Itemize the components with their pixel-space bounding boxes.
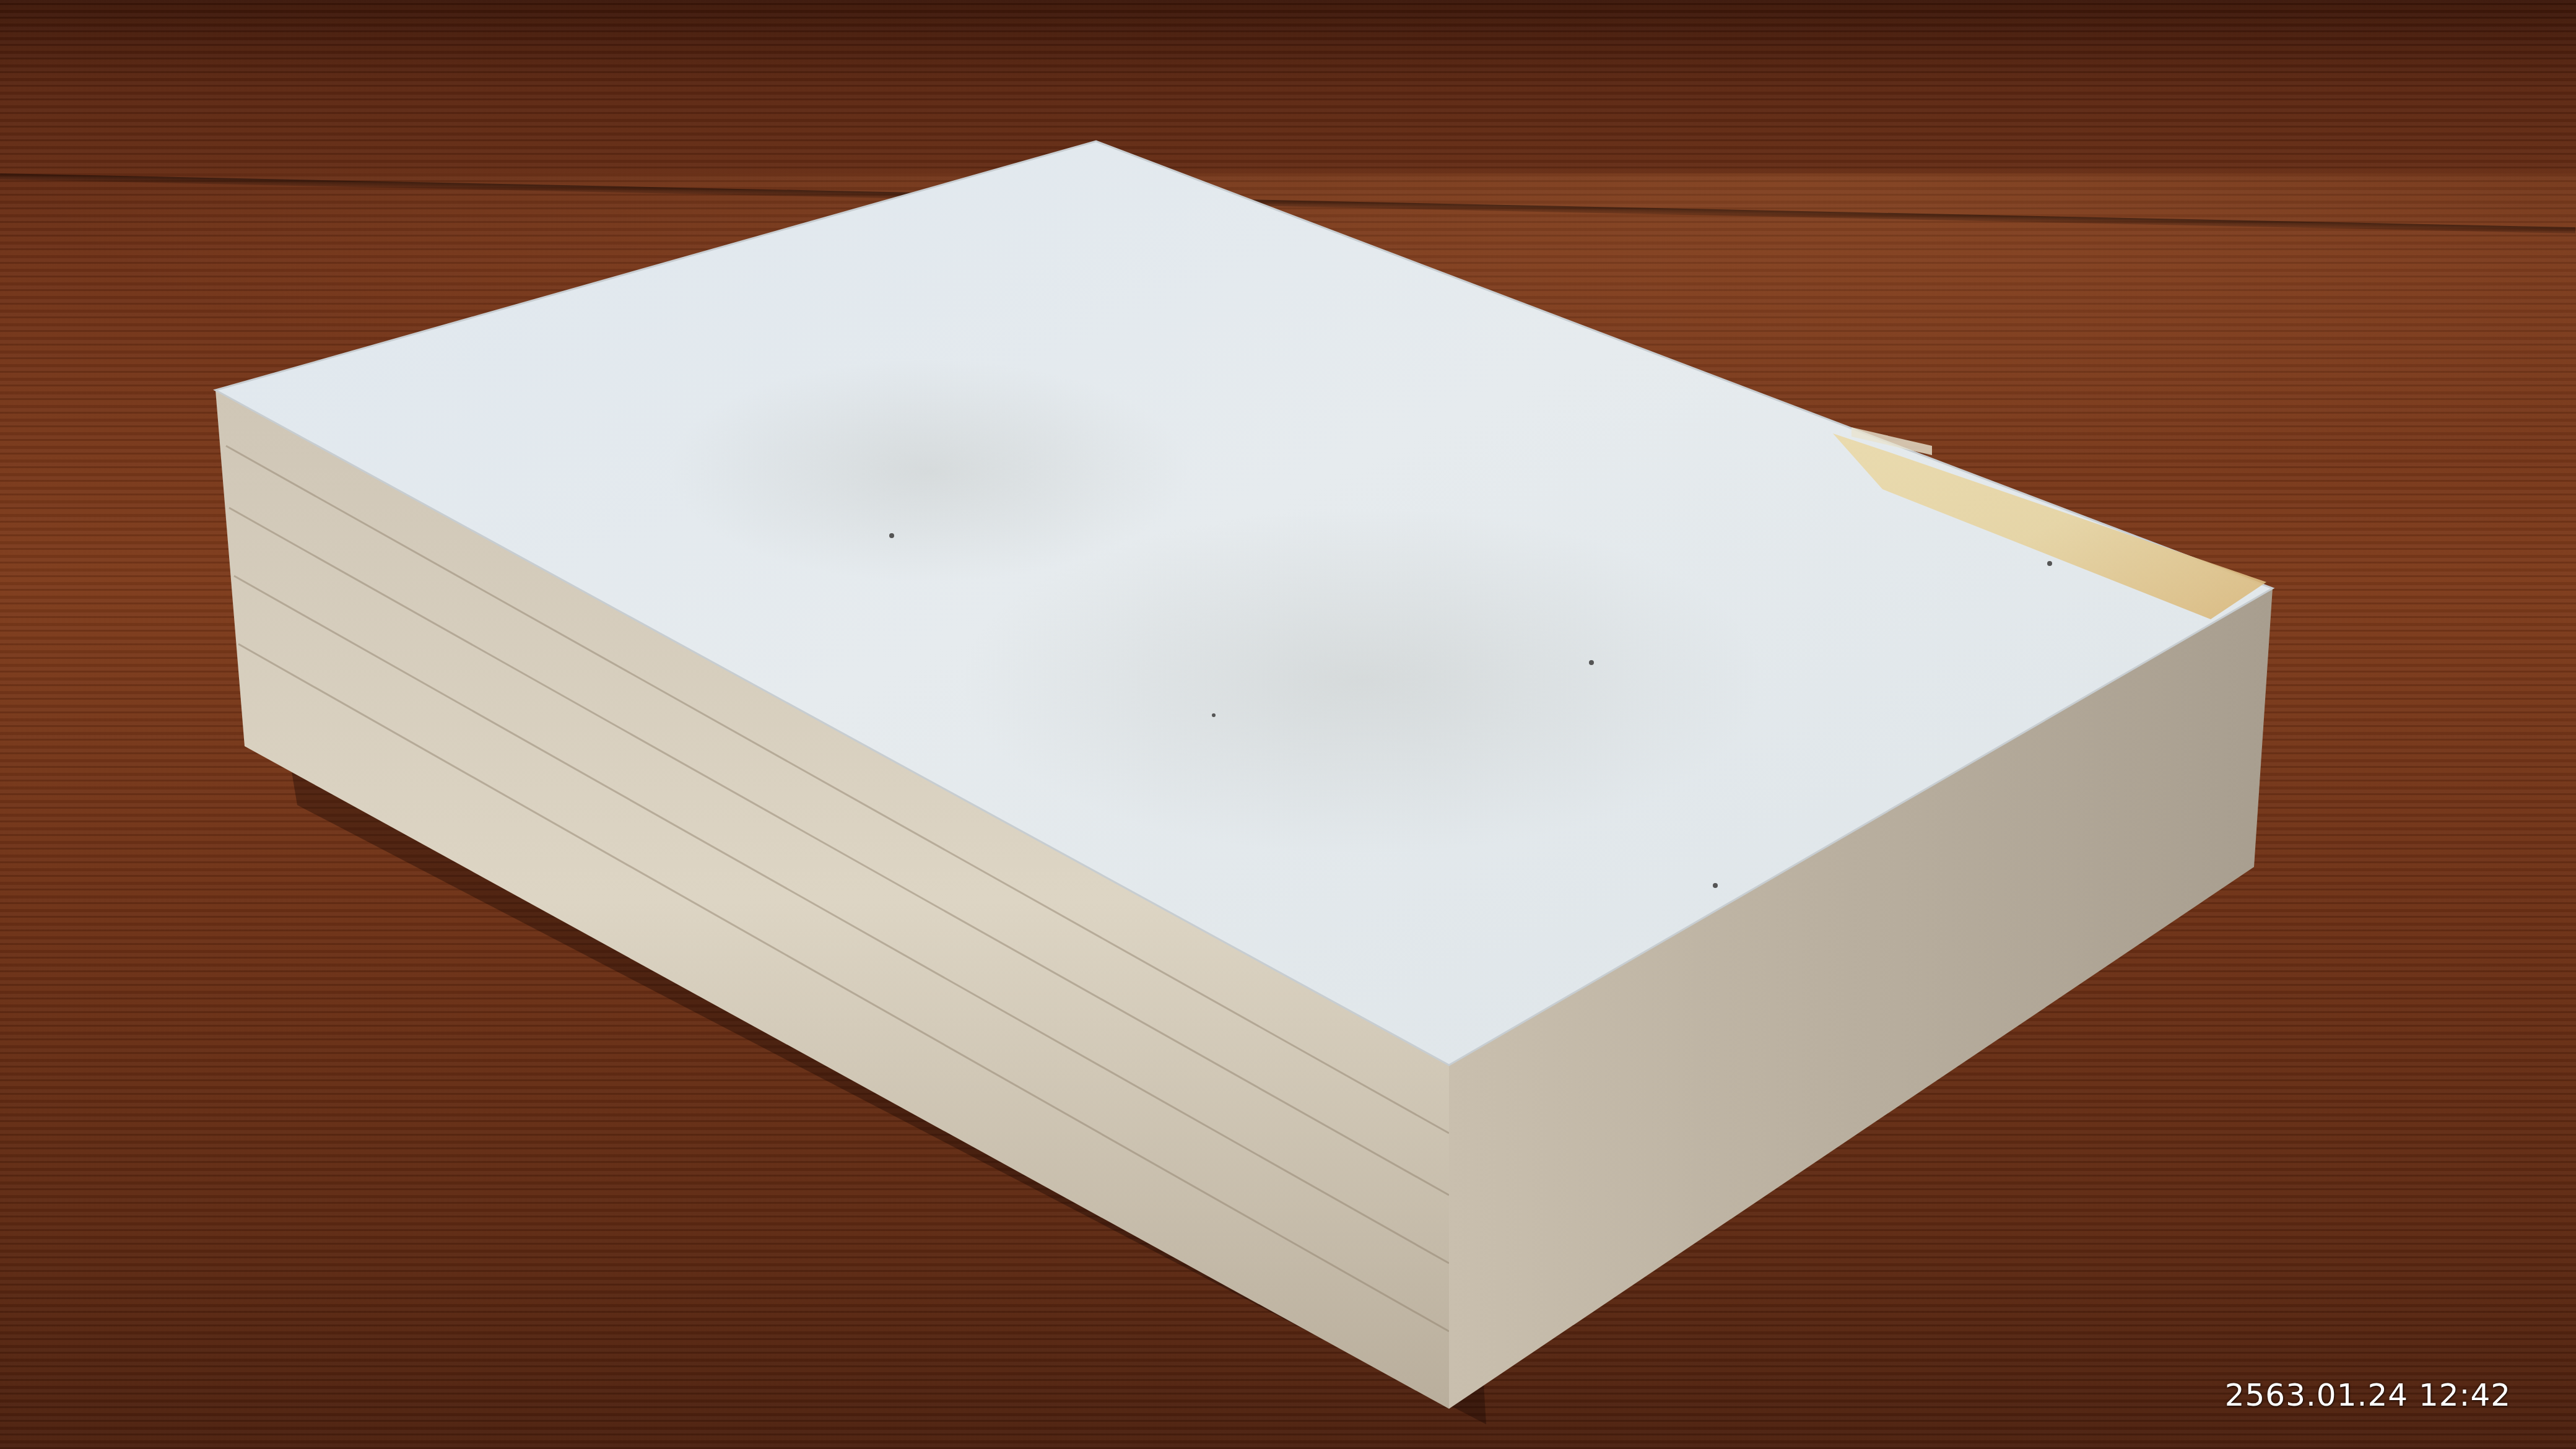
- photo-timestamp: 2563.01.24 12:42: [2225, 1377, 2511, 1413]
- book: [0, 0, 2576, 1449]
- cover-smudge: [669, 359, 1189, 582]
- photo-scene: 2563.01.24 12:42: [0, 0, 2576, 1449]
